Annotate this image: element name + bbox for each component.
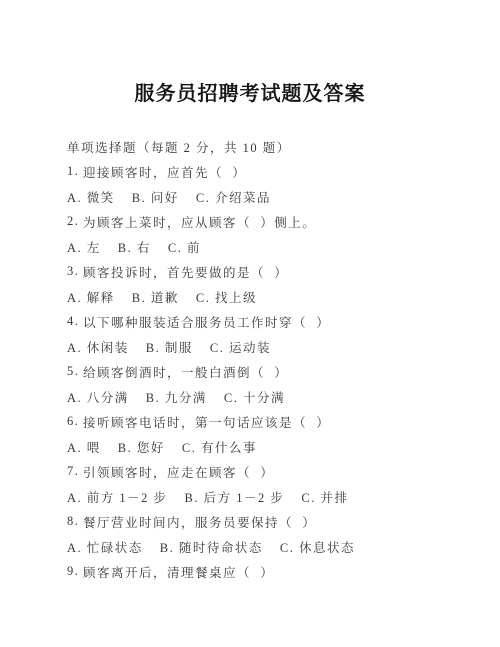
question-text: 顾客离开后，清理餐桌应（ ） (83, 563, 274, 581)
options-row: A. 忙碌状态B. 随时待命状态C. 休息状态 (0, 534, 500, 559)
option-c: C. 休息状态 (280, 538, 355, 556)
question-number: 8. (67, 514, 83, 529)
question-number: 7. (67, 464, 83, 479)
options-row: A. 八分满B. 九分满C. 十分满 (0, 384, 500, 409)
options-row: A. 休闲装B. 制服C. 运动装 (0, 334, 500, 359)
question-number: 6. (67, 414, 83, 429)
option-c: C. 运动装 (210, 338, 271, 356)
section-header-text: 单项选择题（每题 2 分，共 10 题） (67, 138, 291, 156)
question-text: 接听顾客电话时，第一句话应该是（ ） (83, 413, 330, 431)
question-text: 餐厅营业时间内，服务员要保持（ ） (83, 513, 316, 531)
option-c: C. 并排 (301, 488, 348, 506)
question-text: 顾客投诉时，首先要做的是（ ） (83, 263, 288, 281)
option-b: B. 道歉 (132, 288, 179, 306)
question-row: 3.顾客投诉时，首先要做的是（ ） (0, 259, 500, 284)
page-title: 服务员招聘考试题及答案 (0, 0, 500, 108)
option-c: C. 前 (168, 238, 201, 256)
question-row: 2.为顾客上菜时，应从顾客（ ）侧上。 (0, 209, 500, 234)
option-c: C. 找上级 (196, 288, 257, 306)
option-a: A. 解释 (67, 288, 115, 306)
options-row: A. 左B. 右C. 前 (0, 234, 500, 259)
option-b: B. 后方 1－2 步 (185, 488, 285, 506)
options-row: A. 喂B. 您好C. 有什么事 (0, 434, 500, 459)
option-c: C. 有什么事 (182, 438, 257, 456)
question-number: 5. (67, 364, 83, 379)
question-number: 9. (67, 564, 83, 579)
question-row: 7.引领顾客时，应走在顾客（ ） (0, 459, 500, 484)
option-c: C. 十分满 (224, 388, 285, 406)
option-c: C. 介绍菜品 (196, 188, 271, 206)
question-number: 1. (67, 164, 83, 179)
question-row: 9.顾客离开后，清理餐桌应（ ） (0, 559, 500, 584)
section-header: 单项选择题（每题 2 分，共 10 题） (0, 134, 500, 159)
question-text: 以下哪种服装适合服务员工作时穿（ ） (83, 313, 330, 331)
option-b: B. 您好 (118, 438, 165, 456)
option-b: B. 问好 (132, 188, 179, 206)
option-a: A. 微笑 (67, 188, 115, 206)
option-b: B. 九分满 (146, 388, 207, 406)
option-a: A. 忙碌状态 (67, 538, 143, 556)
question-row: 4.以下哪种服装适合服务员工作时穿（ ） (0, 309, 500, 334)
question-text: 迎接顾客时，应首先（ ） (83, 163, 246, 181)
question-number: 2. (67, 214, 83, 229)
options-row: A. 微笑B. 问好C. 介绍菜品 (0, 184, 500, 209)
question-text: 引领顾客时，应走在顾客（ ） (83, 463, 274, 481)
option-b: B. 随时待命状态 (160, 538, 263, 556)
question-text: 为顾客上菜时，应从顾客（ ）侧上。 (83, 213, 316, 231)
options-row: A. 前方 1－2 步B. 后方 1－2 步C. 并排 (0, 484, 500, 509)
exam-content: 单项选择题（每题 2 分，共 10 题） 1.迎接顾客时，应首先（ ） A. 微… (0, 134, 500, 584)
question-row: 6.接听顾客电话时，第一句话应该是（ ） (0, 409, 500, 434)
option-a: A. 左 (67, 238, 101, 256)
option-a: A. 前方 1－2 步 (67, 488, 168, 506)
options-row: A. 解释B. 道歉C. 找上级 (0, 284, 500, 309)
question-text: 给顾客倒酒时，一般白酒倒（ ） (83, 363, 288, 381)
option-a: A. 休闲装 (67, 338, 129, 356)
option-a: A. 八分满 (67, 388, 129, 406)
option-a: A. 喂 (67, 438, 101, 456)
question-row: 8.餐厅营业时间内，服务员要保持（ ） (0, 509, 500, 534)
option-b: B. 右 (118, 238, 151, 256)
question-row: 1.迎接顾客时，应首先（ ） (0, 159, 500, 184)
question-number: 3. (67, 264, 83, 279)
question-number: 4. (67, 314, 83, 329)
option-b: B. 制服 (146, 338, 193, 356)
document-page: 服务员招聘考试题及答案 单项选择题（每题 2 分，共 10 题） 1.迎接顾客时… (0, 0, 500, 647)
question-row: 5.给顾客倒酒时，一般白酒倒（ ） (0, 359, 500, 384)
